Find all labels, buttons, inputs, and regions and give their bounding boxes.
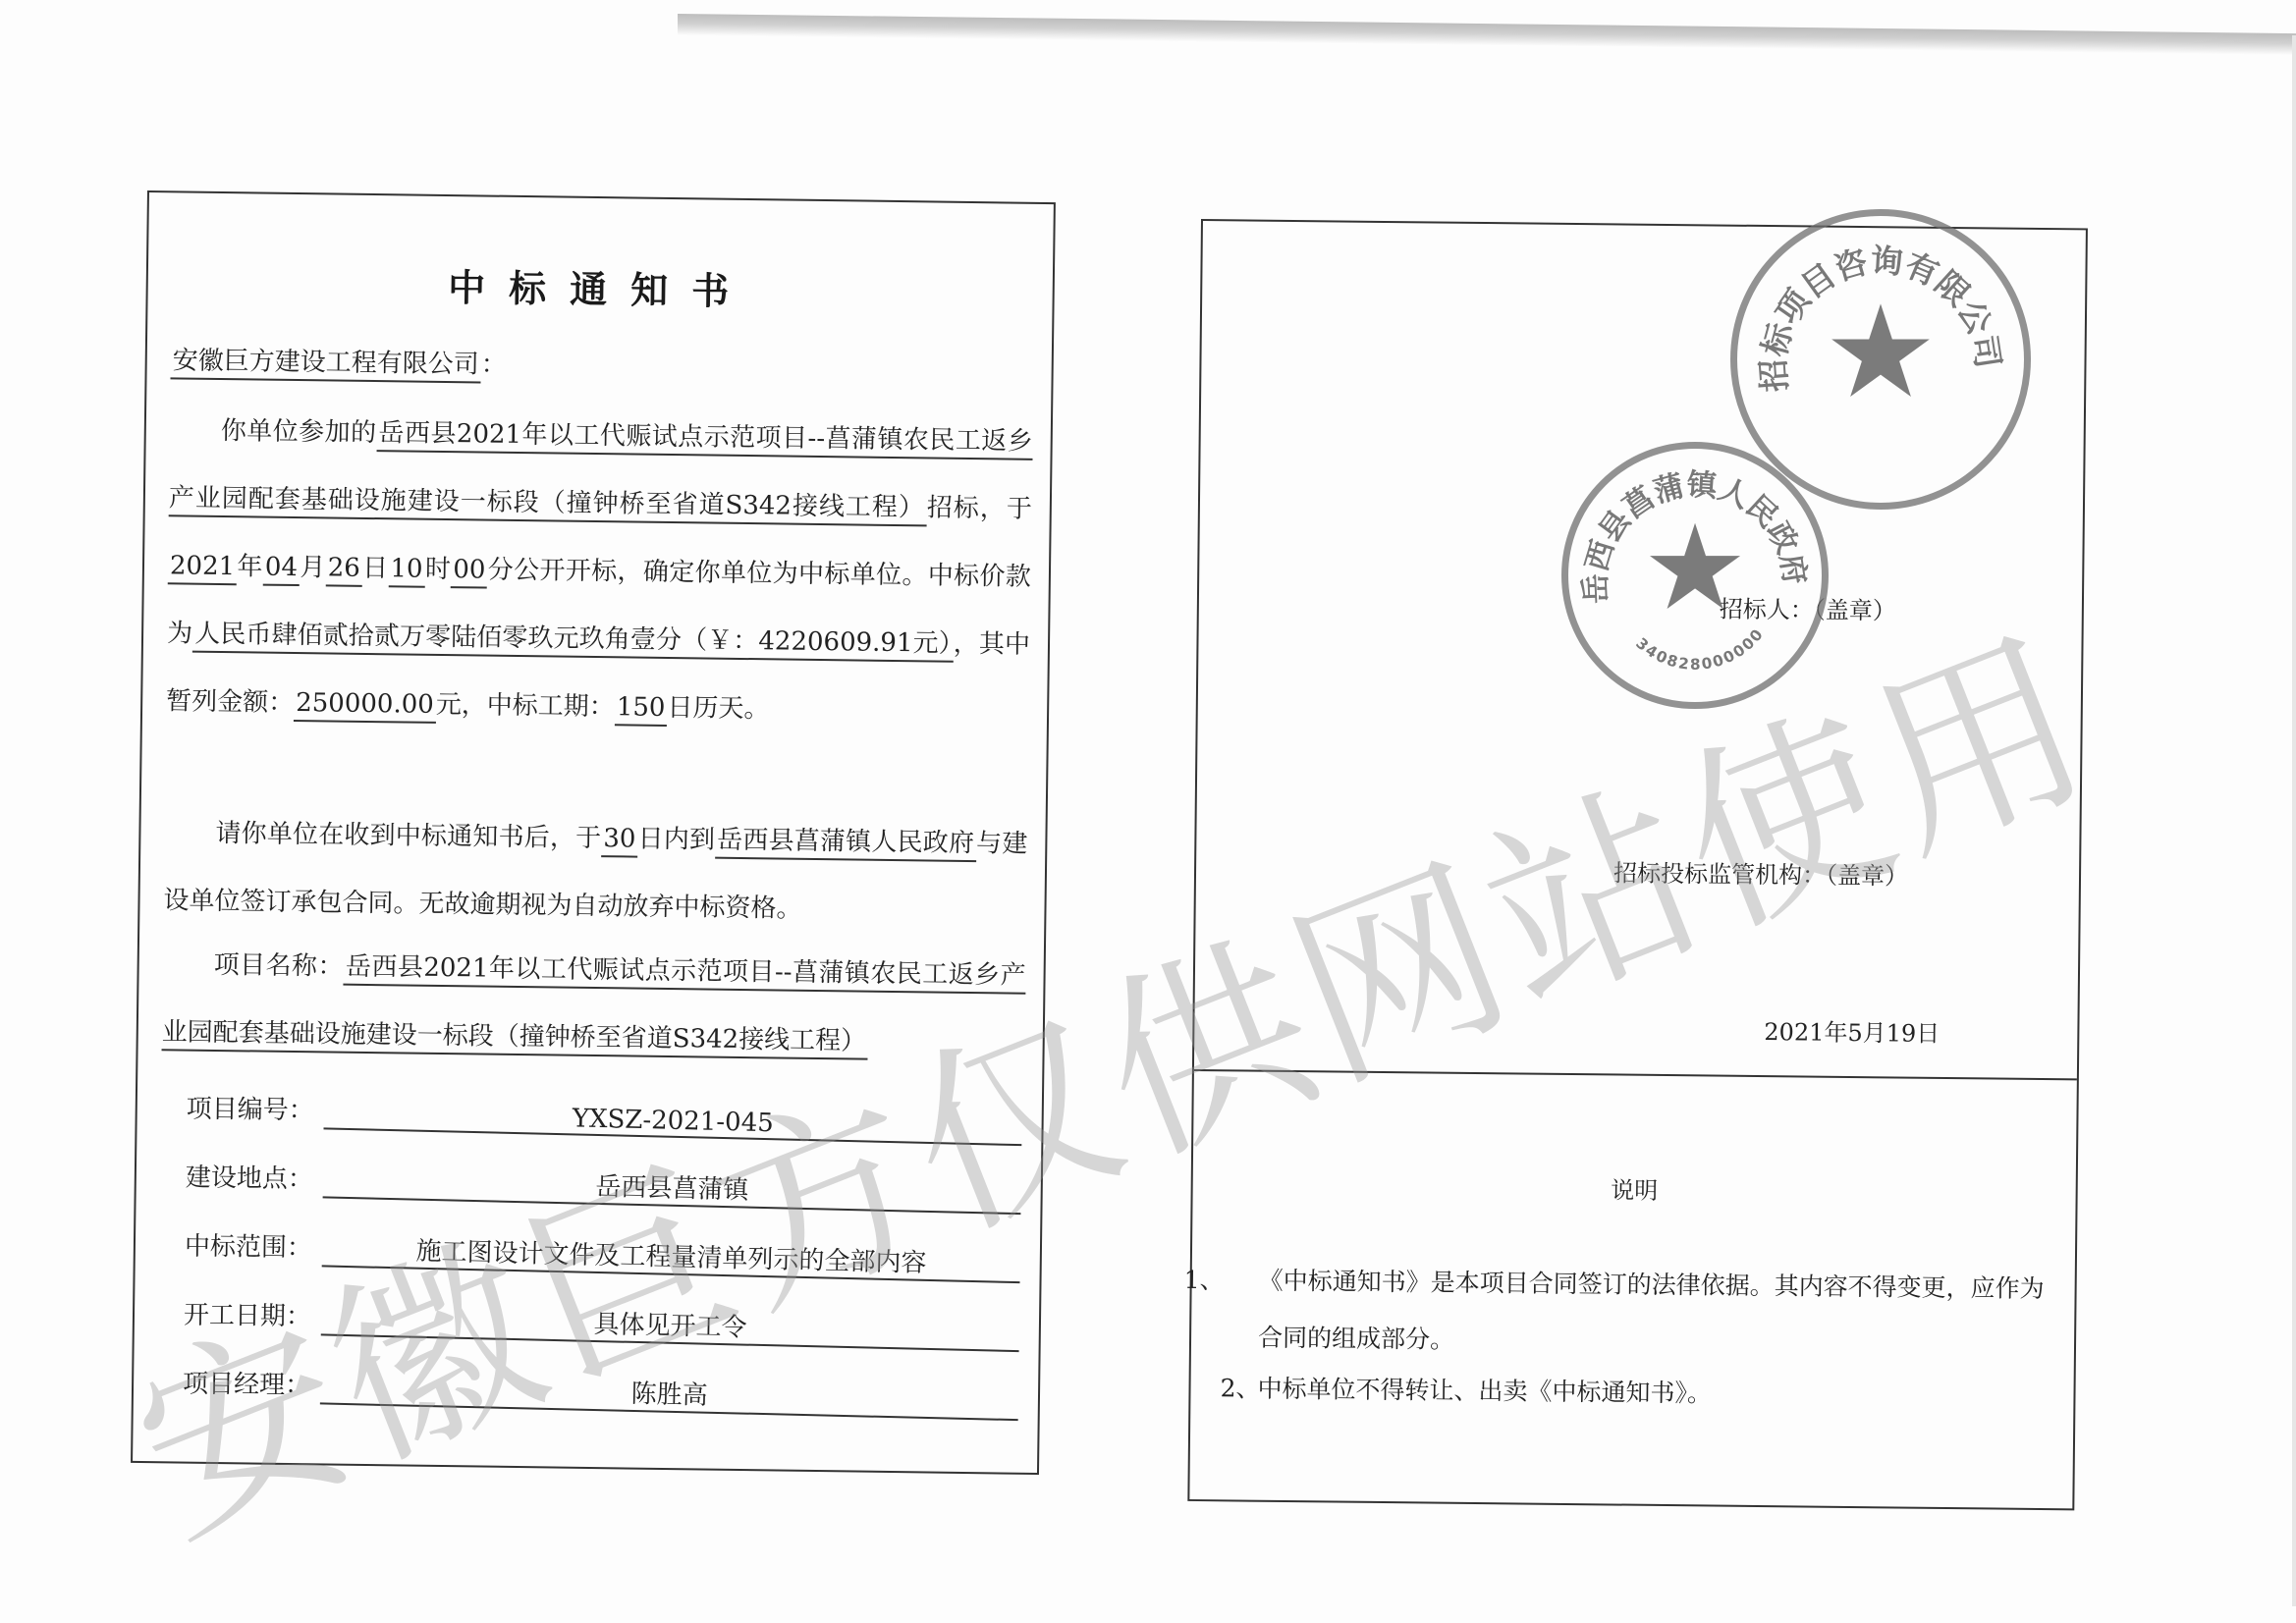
field-construction-site: 建设地点： 岳西县菖蒲镇 <box>186 1158 1021 1208</box>
bid-price: 人民币肆佰贰拾贰万零陆佰零玖元玖角壹分（￥：4220609.91元） <box>192 620 954 663</box>
opening-month: 04 <box>263 553 301 586</box>
section-divider <box>1194 1069 2077 1080</box>
field-start-date: 开工日期： 具体见开工令 <box>184 1295 1019 1345</box>
award-notice-page: 中标通知书 安徽巨方建设工程有限公司： 你单位参加的岳西县2021年以工代赈试点… <box>131 190 1056 1475</box>
project-manager-value: 陈胜高 <box>320 1366 1019 1421</box>
award-paragraph: 你单位参加的岳西县2021年以工代赈试点示范项目--菖蒲镇农民工返乡产业园配套基… <box>166 397 1033 746</box>
note-item: 1、《中标通知书》是本项目合同签订的法律依据。其内容不得变更，应作为合同的组成部… <box>1221 1252 2046 1375</box>
opening-year: 2021 <box>168 551 238 585</box>
star-icon: ★ <box>1824 277 1939 426</box>
start-date-value: 具体见开工令 <box>321 1297 1020 1352</box>
supervisor-signature: 招标投标监管机构：（盖章） <box>1613 853 1908 891</box>
field-project-manager: 项目经理： 陈胜高 <box>183 1364 1018 1414</box>
government-seal: 岳西县菖蒲镇人民政府 3408280000000 ★ <box>1561 442 1829 709</box>
provisional-amount: 250000.00 <box>294 688 436 724</box>
contract-location: 岳西县菖蒲镇人民政府 <box>715 826 976 862</box>
project-name-paragraph: 项目名称：岳西县2021年以工代赈试点示范项目--菖蒲镇农民工返乡产业园配套基础… <box>161 931 1026 1077</box>
duration-days: 150 <box>615 692 668 727</box>
star-icon: ★ <box>1642 501 1748 637</box>
scan-shadow-edge <box>678 14 2296 55</box>
deadline-days: 30 <box>601 824 638 857</box>
opening-minute: 00 <box>451 555 488 588</box>
scan-right-edge <box>2292 35 2296 1606</box>
contract-deadline-paragraph: 请你单位在收到中标通知书后，于30日内到岳西县菖蒲镇人民政府与建设单位签订承包合… <box>163 799 1028 946</box>
project-number-value: YXSZ-2021-045 <box>323 1098 1022 1146</box>
document-title: 中标通知书 <box>147 253 1053 319</box>
award-scope-value: 施工图设计文件及工程量清单列示的全部内容 <box>322 1228 1021 1283</box>
notes-title: 说明 <box>1193 1166 2076 1210</box>
opening-hour: 10 <box>388 554 425 587</box>
construction-site-value: 岳西县菖蒲镇 <box>323 1160 1022 1215</box>
addressee: 安徽巨方建设工程有限公司： <box>171 340 507 380</box>
opening-day: 26 <box>325 553 362 586</box>
issue-date: 2021年5月19日 <box>1764 1012 1940 1049</box>
field-project-number: 项目编号： YXSZ-2021-045 <box>187 1089 1022 1139</box>
field-award-scope: 中标范围： 施工图设计文件及工程量清单列示的全部内容 <box>185 1226 1020 1276</box>
note-item: 2、中标单位不得转让、出卖《中标通知书》。 <box>1220 1360 2045 1426</box>
addressee-company: 安徽巨方建设工程有限公司 <box>170 346 480 383</box>
